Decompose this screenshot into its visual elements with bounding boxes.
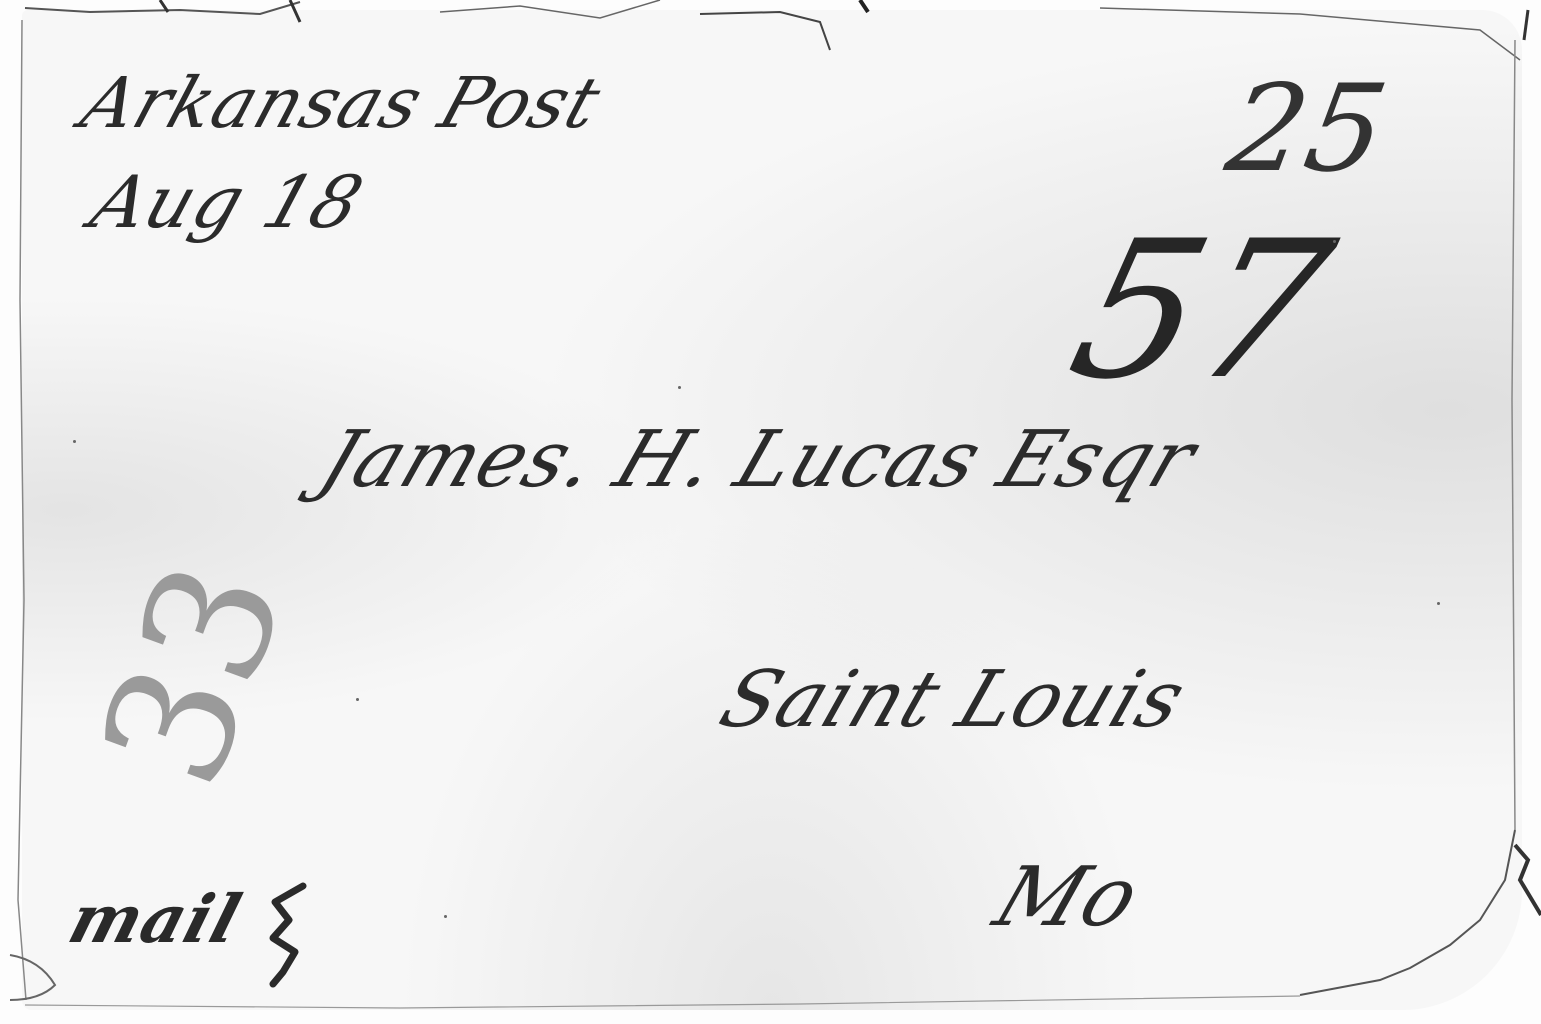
postmark-date: Aug 18 — [81, 160, 373, 244]
mail-flourish-icon — [265, 880, 325, 1000]
ink-speck — [444, 915, 447, 918]
ink-speck — [678, 386, 681, 389]
ink-speck — [73, 440, 76, 443]
rate-mark-upper: 25 — [1218, 60, 1397, 199]
address-city: Saint Louis — [709, 655, 1198, 745]
ink-speck — [1437, 602, 1440, 605]
ink-speck — [1333, 240, 1336, 243]
addressee-name: James. H. Lucas Esqr — [309, 415, 1208, 505]
postmark-origin: Arkansas Post — [72, 62, 611, 144]
mail-endorsement: mail — [61, 880, 250, 958]
ink-speck — [356, 698, 359, 701]
scanned-envelope: Arkansas Post Aug 18 25 57 James. H. Luc… — [0, 0, 1541, 1024]
